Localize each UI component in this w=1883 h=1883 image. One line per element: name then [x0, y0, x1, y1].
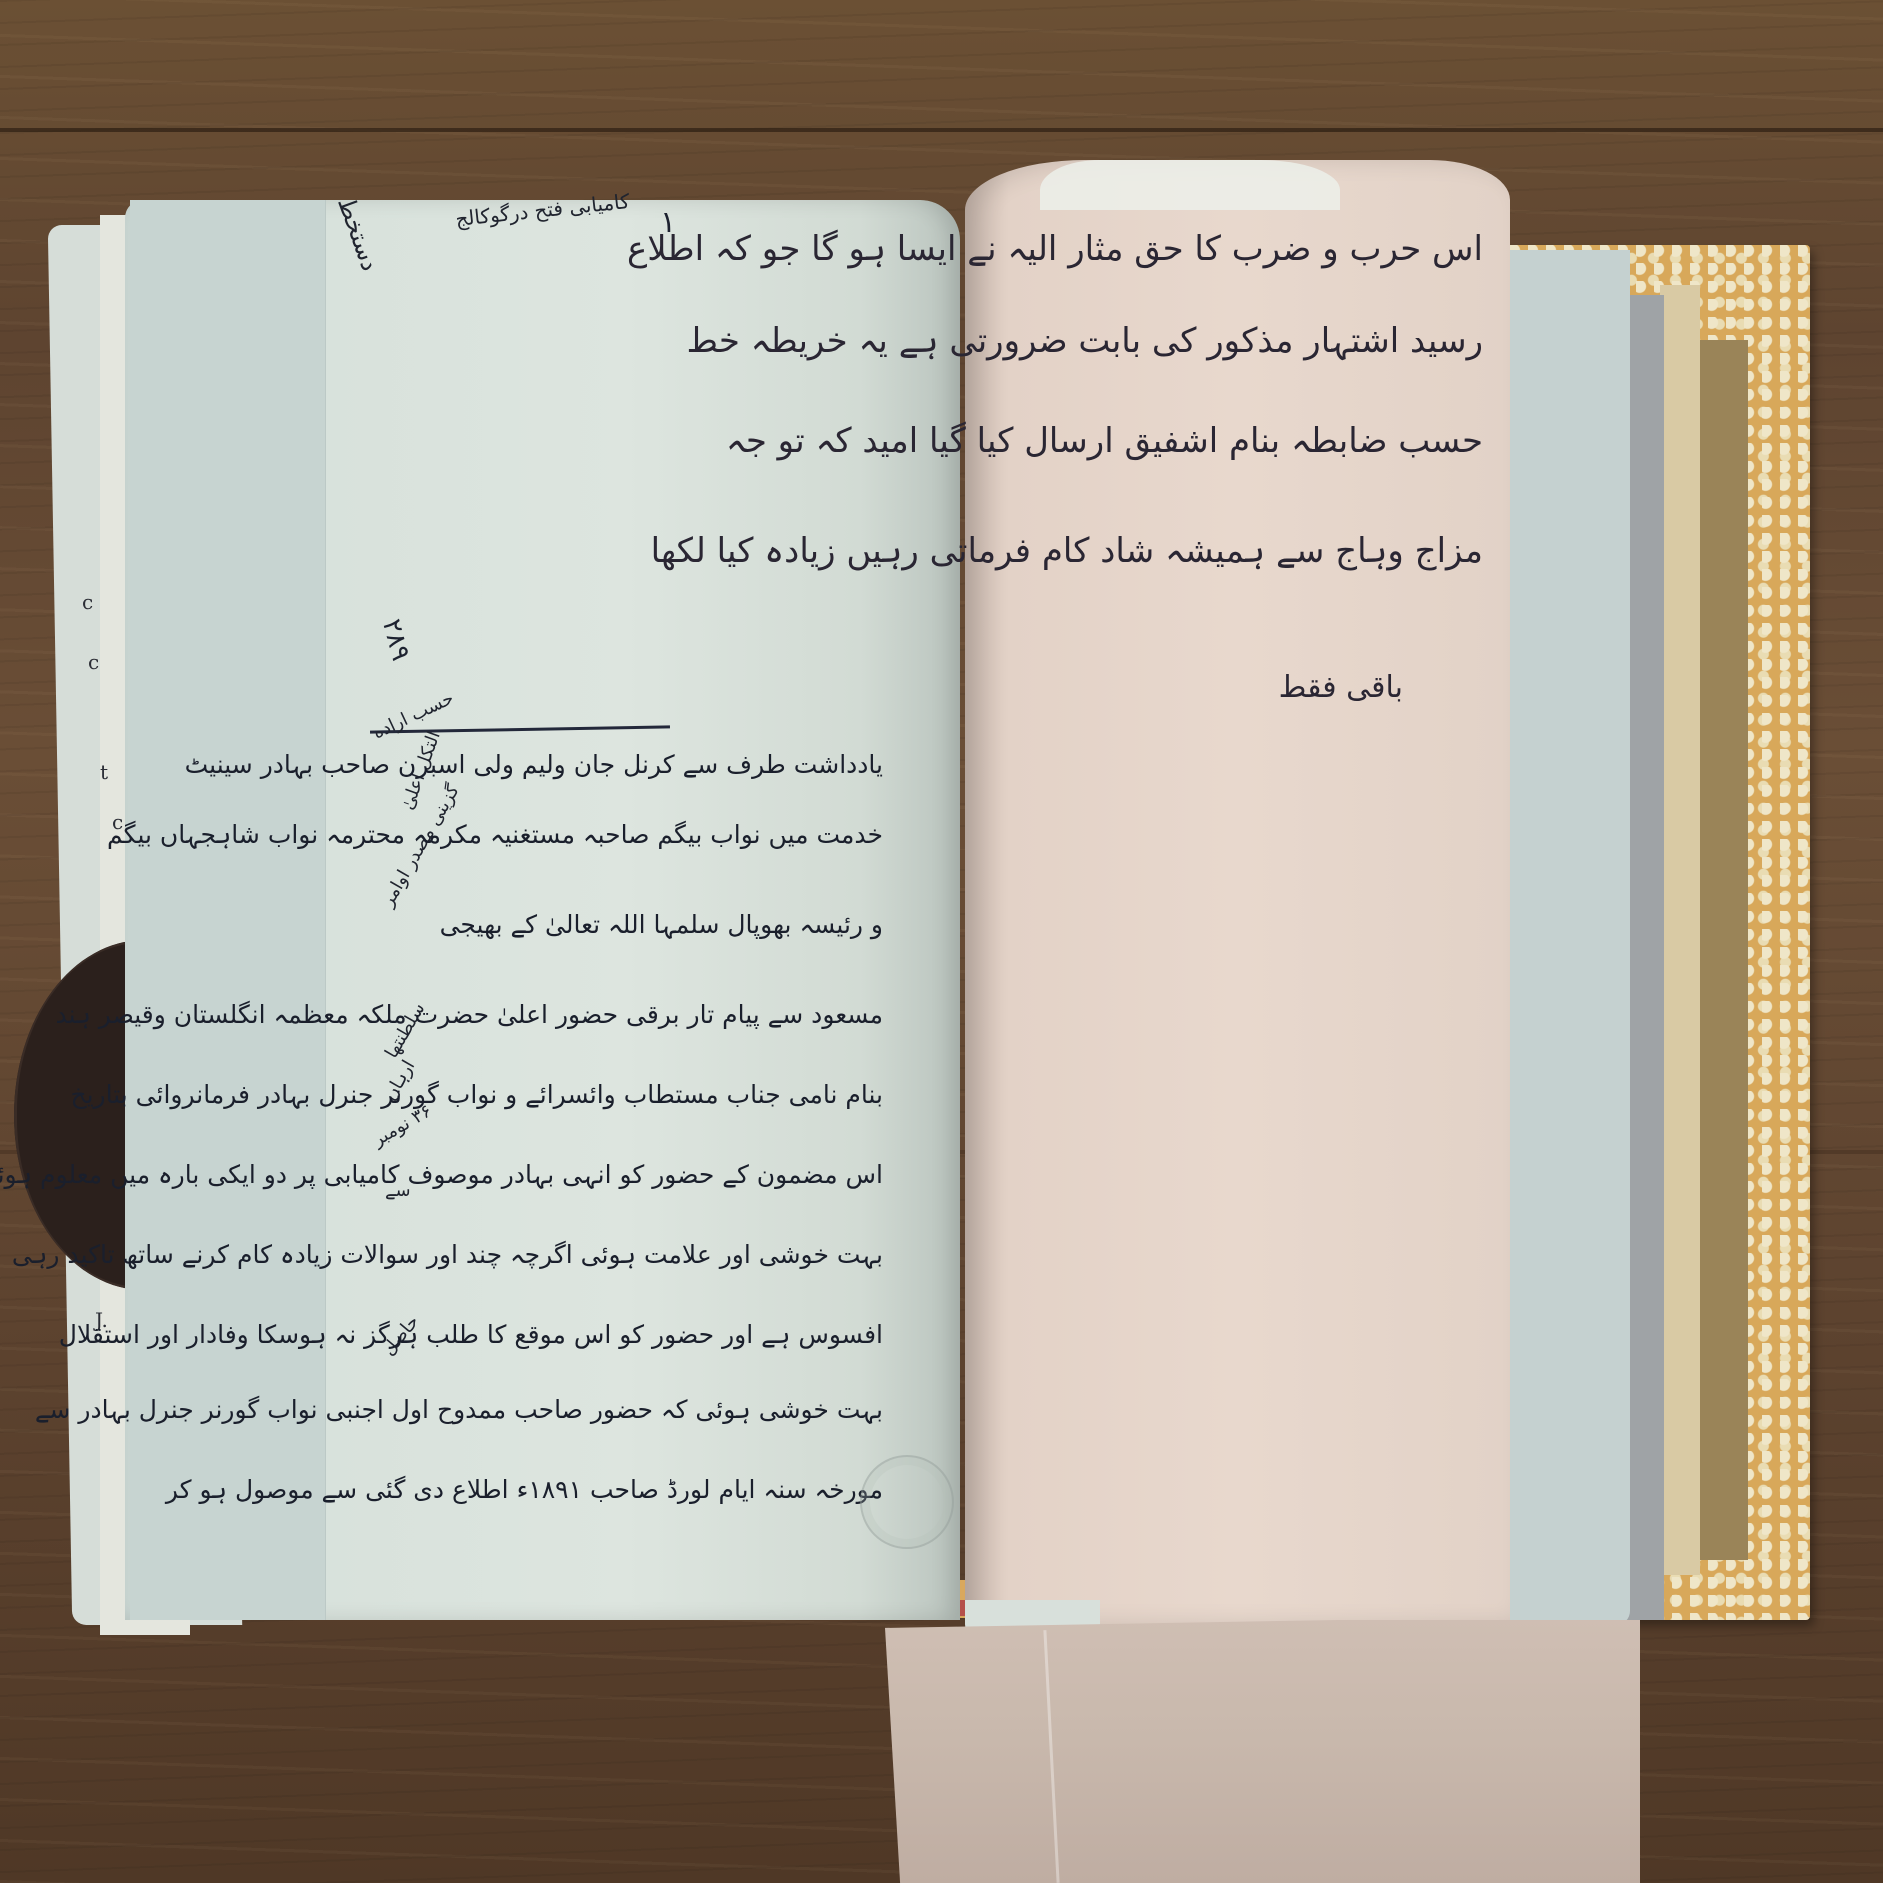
text-line: بہت خوشی اور علامت ہوئی اگرچہ چند اور سو… — [12, 1240, 883, 1269]
text-line: مورخہ سنہ ایام لورڈ صاحب ۱۸۹۱ء اطلاع دی … — [166, 1475, 883, 1504]
text-line: بہت خوشی ہوئی کہ حضور صاحب ممدوح اول اجن… — [35, 1395, 883, 1424]
right-page[interactable] — [965, 160, 1510, 1625]
tan-insert-sheet — [1660, 285, 1700, 1575]
folded-paper-insert[interactable] — [885, 1620, 1640, 1883]
text-line: حسب ضابطہ بنام اشفیق ارسال کیا گیا امید … — [726, 420, 1483, 461]
edge-letter: t — [100, 760, 108, 784]
closing-text: باقی فقط — [1279, 670, 1403, 705]
text-line: اس مضمون کے حضور کو انہی بہادر موصوف کام… — [0, 1160, 883, 1189]
text-line: اس حرب و ضرب کا حق مثار الیہ نے ایسا ہو … — [627, 228, 1483, 269]
embossed-seal-icon — [860, 1455, 954, 1549]
edge-letter: c — [82, 590, 93, 614]
text-line: یادداشت طرف سے کرنل جان ولیم ولی اسبرن ص… — [185, 750, 883, 779]
text-line: مزاج وہاج سے ہمیشہ شاد کام فرماتی رہیں ز… — [651, 530, 1483, 571]
text-line: و رئیسہ بھوپال سلمہا اللہ تعالیٰ کے بھیج… — [440, 910, 883, 939]
text-line: مسعود سے پیام تار برقی حضور اعلیٰ حضرت م… — [56, 1000, 883, 1029]
text-line: افسوس ہے اور حضور کو اس موقع کا طلب ہرگز… — [59, 1320, 883, 1349]
plank-seam — [0, 128, 1883, 132]
edge-letter: c — [88, 650, 99, 674]
text-line: خدمت میں نواب بیگم صاحبہ مستغنیہ مکرمہ م… — [107, 820, 883, 849]
page-curl-edge — [1040, 160, 1340, 210]
text-line: رسید اشتہار مذکور کی بابت ضرورتی ہے یہ خ… — [687, 320, 1483, 361]
text-line: بنام نامی جناب مستطاب وائسرائے و نواب گو… — [70, 1080, 883, 1109]
